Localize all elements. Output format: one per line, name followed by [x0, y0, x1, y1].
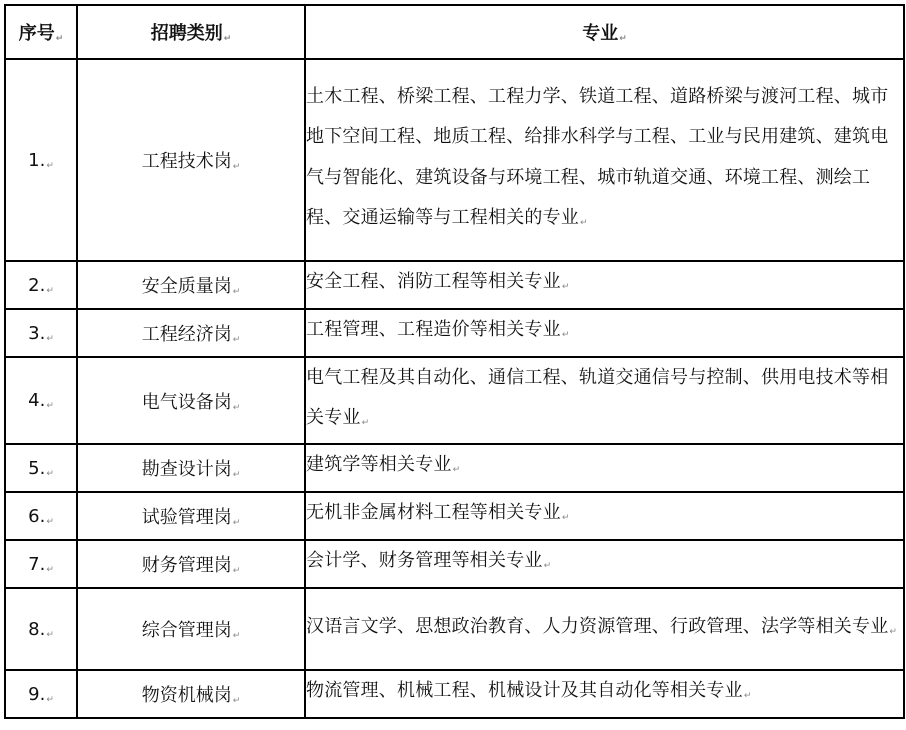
- paragraph-mark-icon: ↵: [46, 565, 54, 575]
- paragraph-mark-icon: ↵: [889, 627, 897, 637]
- row-major: 安全工程、消防工程等相关专业↵: [305, 261, 904, 309]
- row-index: 5.↵: [5, 444, 77, 492]
- row-category: 财务管理岗↵: [77, 540, 305, 588]
- paragraph-mark-icon: ↵: [562, 330, 570, 340]
- paragraph-mark-icon: ↵: [233, 162, 241, 172]
- row-major: 会计学、财务管理等相关专业↵: [305, 540, 904, 588]
- paragraph-mark-icon: ↵: [544, 561, 552, 571]
- row-category: 综合管理岗↵: [77, 588, 305, 670]
- row-major: 工程管理、工程造价等相关专业↵: [305, 309, 904, 357]
- paragraph-mark-icon: ↵: [453, 465, 461, 475]
- row-category: 工程技术岗↵: [77, 59, 305, 261]
- paragraph-mark-icon: ↵: [744, 691, 752, 701]
- table-row: 3.↵ 工程经济岗↵ 工程管理、工程造价等相关专业↵: [5, 309, 904, 357]
- paragraph-mark-icon: ↵: [46, 401, 54, 411]
- row-index: 1.↵: [5, 59, 77, 261]
- paragraph-mark-icon: ↵: [233, 566, 241, 576]
- paragraph-mark-icon: ↵: [233, 631, 241, 641]
- table-row: 2.↵ 安全质量岗↵ 安全工程、消防工程等相关专业↵: [5, 261, 904, 309]
- row-major: 建筑学等相关专业↵: [305, 444, 904, 492]
- paragraph-mark-icon: ↵: [224, 34, 232, 44]
- paragraph-mark-icon: ↵: [562, 513, 570, 523]
- row-index: 7.↵: [5, 540, 77, 588]
- paragraph-mark-icon: ↵: [46, 517, 54, 527]
- table-row: 6.↵ 试验管理岗↵ 无机非金属材料工程等相关专业↵: [5, 492, 904, 540]
- header-major: 专业↵: [305, 5, 904, 59]
- row-category: 电气设备岗↵: [77, 357, 305, 444]
- paragraph-mark-icon: ↵: [46, 286, 54, 296]
- table-row: 5.↵ 勘查设计岗↵ 建筑学等相关专业↵: [5, 444, 904, 492]
- paragraph-mark-icon: ↵: [56, 34, 64, 44]
- header-row: 序号↵ 招聘类别↵ 专业↵: [5, 5, 904, 59]
- paragraph-mark-icon: ↵: [46, 161, 54, 171]
- recruitment-table: 序号↵ 招聘类别↵ 专业↵ 1.↵ 工程技术岗↵ 土木工程、桥梁工程、工程力学、…: [4, 4, 905, 719]
- table-row: 8.↵ 综合管理岗↵ 汉语言文学、思想政治教育、人力资源管理、行政管理、法学等相…: [5, 588, 904, 670]
- paragraph-mark-icon: ↵: [233, 696, 241, 706]
- row-category: 物资机械岗↵: [77, 670, 305, 718]
- row-index: 3.↵: [5, 309, 77, 357]
- table-row: 1.↵ 工程技术岗↵ 土木工程、桥梁工程、工程力学、铁道工程、道路桥梁与渡河工程…: [5, 59, 904, 261]
- header-category: 招聘类别↵: [77, 5, 305, 59]
- row-category: 工程经济岗↵: [77, 309, 305, 357]
- paragraph-mark-icon: ↵: [580, 218, 588, 228]
- paragraph-mark-icon: ↵: [619, 34, 627, 44]
- row-category: 安全质量岗↵: [77, 261, 305, 309]
- row-category: 试验管理岗↵: [77, 492, 305, 540]
- row-index: 2.↵: [5, 261, 77, 309]
- paragraph-mark-icon: ↵: [46, 334, 54, 344]
- paragraph-mark-icon: ↵: [362, 418, 370, 428]
- row-major: 汉语言文学、思想政治教育、人力资源管理、行政管理、法学等相关专业↵: [305, 588, 904, 670]
- paragraph-mark-icon: ↵: [233, 403, 241, 413]
- paragraph-mark-icon: ↵: [233, 287, 241, 297]
- header-index: 序号↵: [5, 5, 77, 59]
- row-major: 土木工程、桥梁工程、工程力学、铁道工程、道路桥梁与渡河工程、城市地下空间工程、地…: [305, 59, 904, 261]
- row-index: 9.↵: [5, 670, 77, 718]
- paragraph-mark-icon: ↵: [233, 518, 241, 528]
- paragraph-mark-icon: ↵: [233, 335, 241, 345]
- row-major: 无机非金属材料工程等相关专业↵: [305, 492, 904, 540]
- row-index: 8.↵: [5, 588, 77, 670]
- row-category: 勘查设计岗↵: [77, 444, 305, 492]
- row-index: 6.↵: [5, 492, 77, 540]
- row-major: 物流管理、机械工程、机械设计及其自动化等相关专业↵: [305, 670, 904, 718]
- paragraph-mark-icon: ↵: [46, 630, 54, 640]
- table-row: 7.↵ 财务管理岗↵ 会计学、财务管理等相关专业↵: [5, 540, 904, 588]
- table-row: 9.↵ 物资机械岗↵ 物流管理、机械工程、机械设计及其自动化等相关专业↵: [5, 670, 904, 718]
- row-index: 4.↵: [5, 357, 77, 444]
- row-major: 电气工程及其自动化、通信工程、轨道交通信号与控制、供用电技术等相关专业↵: [305, 357, 904, 444]
- paragraph-mark-icon: ↵: [562, 282, 570, 292]
- table-row: 4.↵ 电气设备岗↵ 电气工程及其自动化、通信工程、轨道交通信号与控制、供用电技…: [5, 357, 904, 444]
- paragraph-mark-icon: ↵: [233, 470, 241, 480]
- paragraph-mark-icon: ↵: [46, 695, 54, 705]
- paragraph-mark-icon: ↵: [46, 469, 54, 479]
